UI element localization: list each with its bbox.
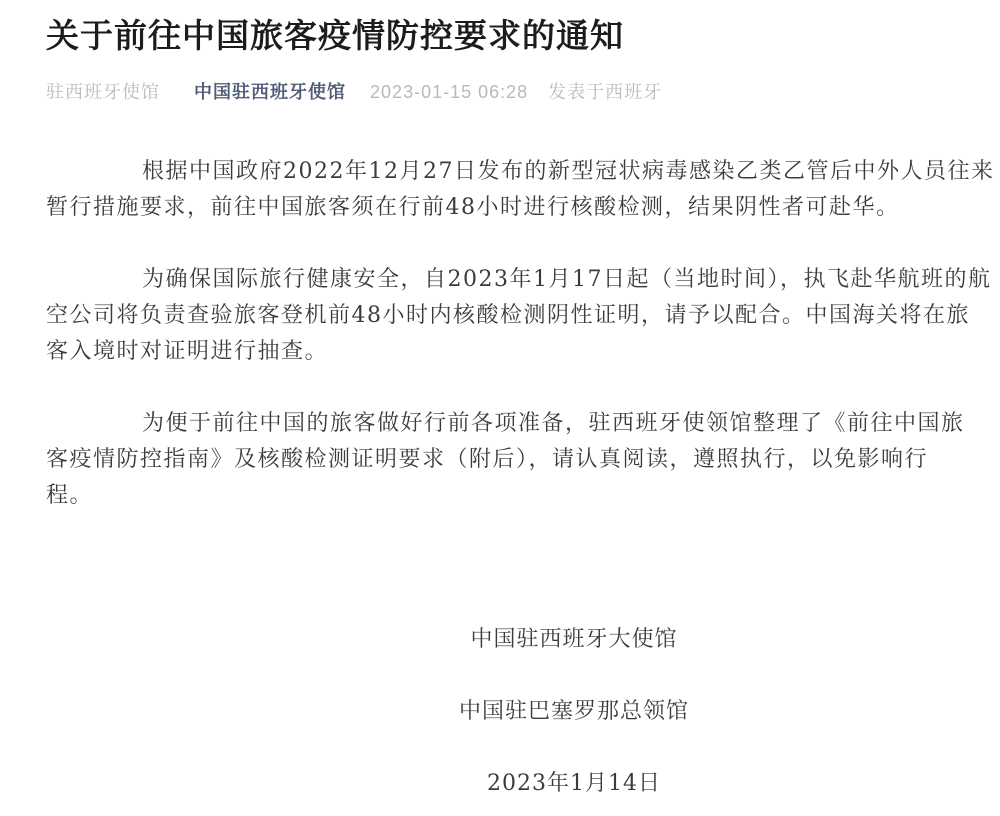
paragraph-1: 根据中国政府2022年12月27日发布的新型冠状病毒感染乙类乙管后中外人员往来 … xyxy=(46,154,972,226)
meta-location: 发表于西班牙 xyxy=(548,82,662,102)
signature-block: 中国驻西班牙大使馆 中国驻巴塞罗那总领馆 2023年1月14日 xyxy=(46,622,972,802)
meta-account-link[interactable]: 中国驻西班牙使馆 xyxy=(194,82,346,102)
article-page: 关于前往中国旅客疫情防控要求的通知 驻西班牙使馆 中国驻西班牙使馆 2023-0… xyxy=(0,0,1000,816)
signature-date: 2023年1月14日 xyxy=(176,766,972,802)
paragraph-1-line-2: 暂行措施要求，前往中国旅客须在行前48小时进行核酸检测，结果阴性者可赴华。 xyxy=(46,190,972,226)
paragraph-2-line-3: 客入境时对证明进行抽查。 xyxy=(46,334,972,370)
page-title: 关于前往中国旅客疫情防控要求的通知 xyxy=(46,14,972,58)
article-body: 根据中国政府2022年12月27日发布的新型冠状病毒感染乙类乙管后中外人员往来 … xyxy=(46,154,972,514)
paragraph-3-line-1: 为便于前往中国的旅客做好行前各项准备，驻西班牙使领馆整理了《前往中国旅 xyxy=(46,406,972,442)
paragraph-3: 为便于前往中国的旅客做好行前各项准备，驻西班牙使领馆整理了《前往中国旅 客疫情防… xyxy=(46,406,972,514)
signature-consulate: 中国驻巴塞罗那总领馆 xyxy=(176,694,972,730)
paragraph-3-line-2: 客疫情防控指南》及核酸检测证明要求（附后），请认真阅读，遵照执行，以免影响行 xyxy=(46,442,972,478)
meta-source-alias[interactable]: 驻西班牙使馆 xyxy=(46,82,160,102)
paragraph-2: 为确保国际旅行健康安全，自2023年1月17日起（当地时间），执飞赴华航班的航 … xyxy=(46,262,972,370)
meta-datetime: 2023-01-15 06:28 xyxy=(370,82,528,102)
paragraph-2-line-1: 为确保国际旅行健康安全，自2023年1月17日起（当地时间），执飞赴华航班的航 xyxy=(46,262,972,298)
signature-embassy: 中国驻西班牙大使馆 xyxy=(176,622,972,658)
paragraph-3-line-3: 程。 xyxy=(46,478,972,514)
paragraph-2-line-2: 空公司将负责查验旅客登机前48小时内核酸检测阴性证明，请予以配合。中国海关将在旅 xyxy=(46,298,972,334)
article-meta: 驻西班牙使馆 中国驻西班牙使馆 2023-01-15 06:28 发表于西班牙 xyxy=(46,80,972,105)
paragraph-1-line-1: 根据中国政府2022年12月27日发布的新型冠状病毒感染乙类乙管后中外人员往来 xyxy=(46,154,972,190)
